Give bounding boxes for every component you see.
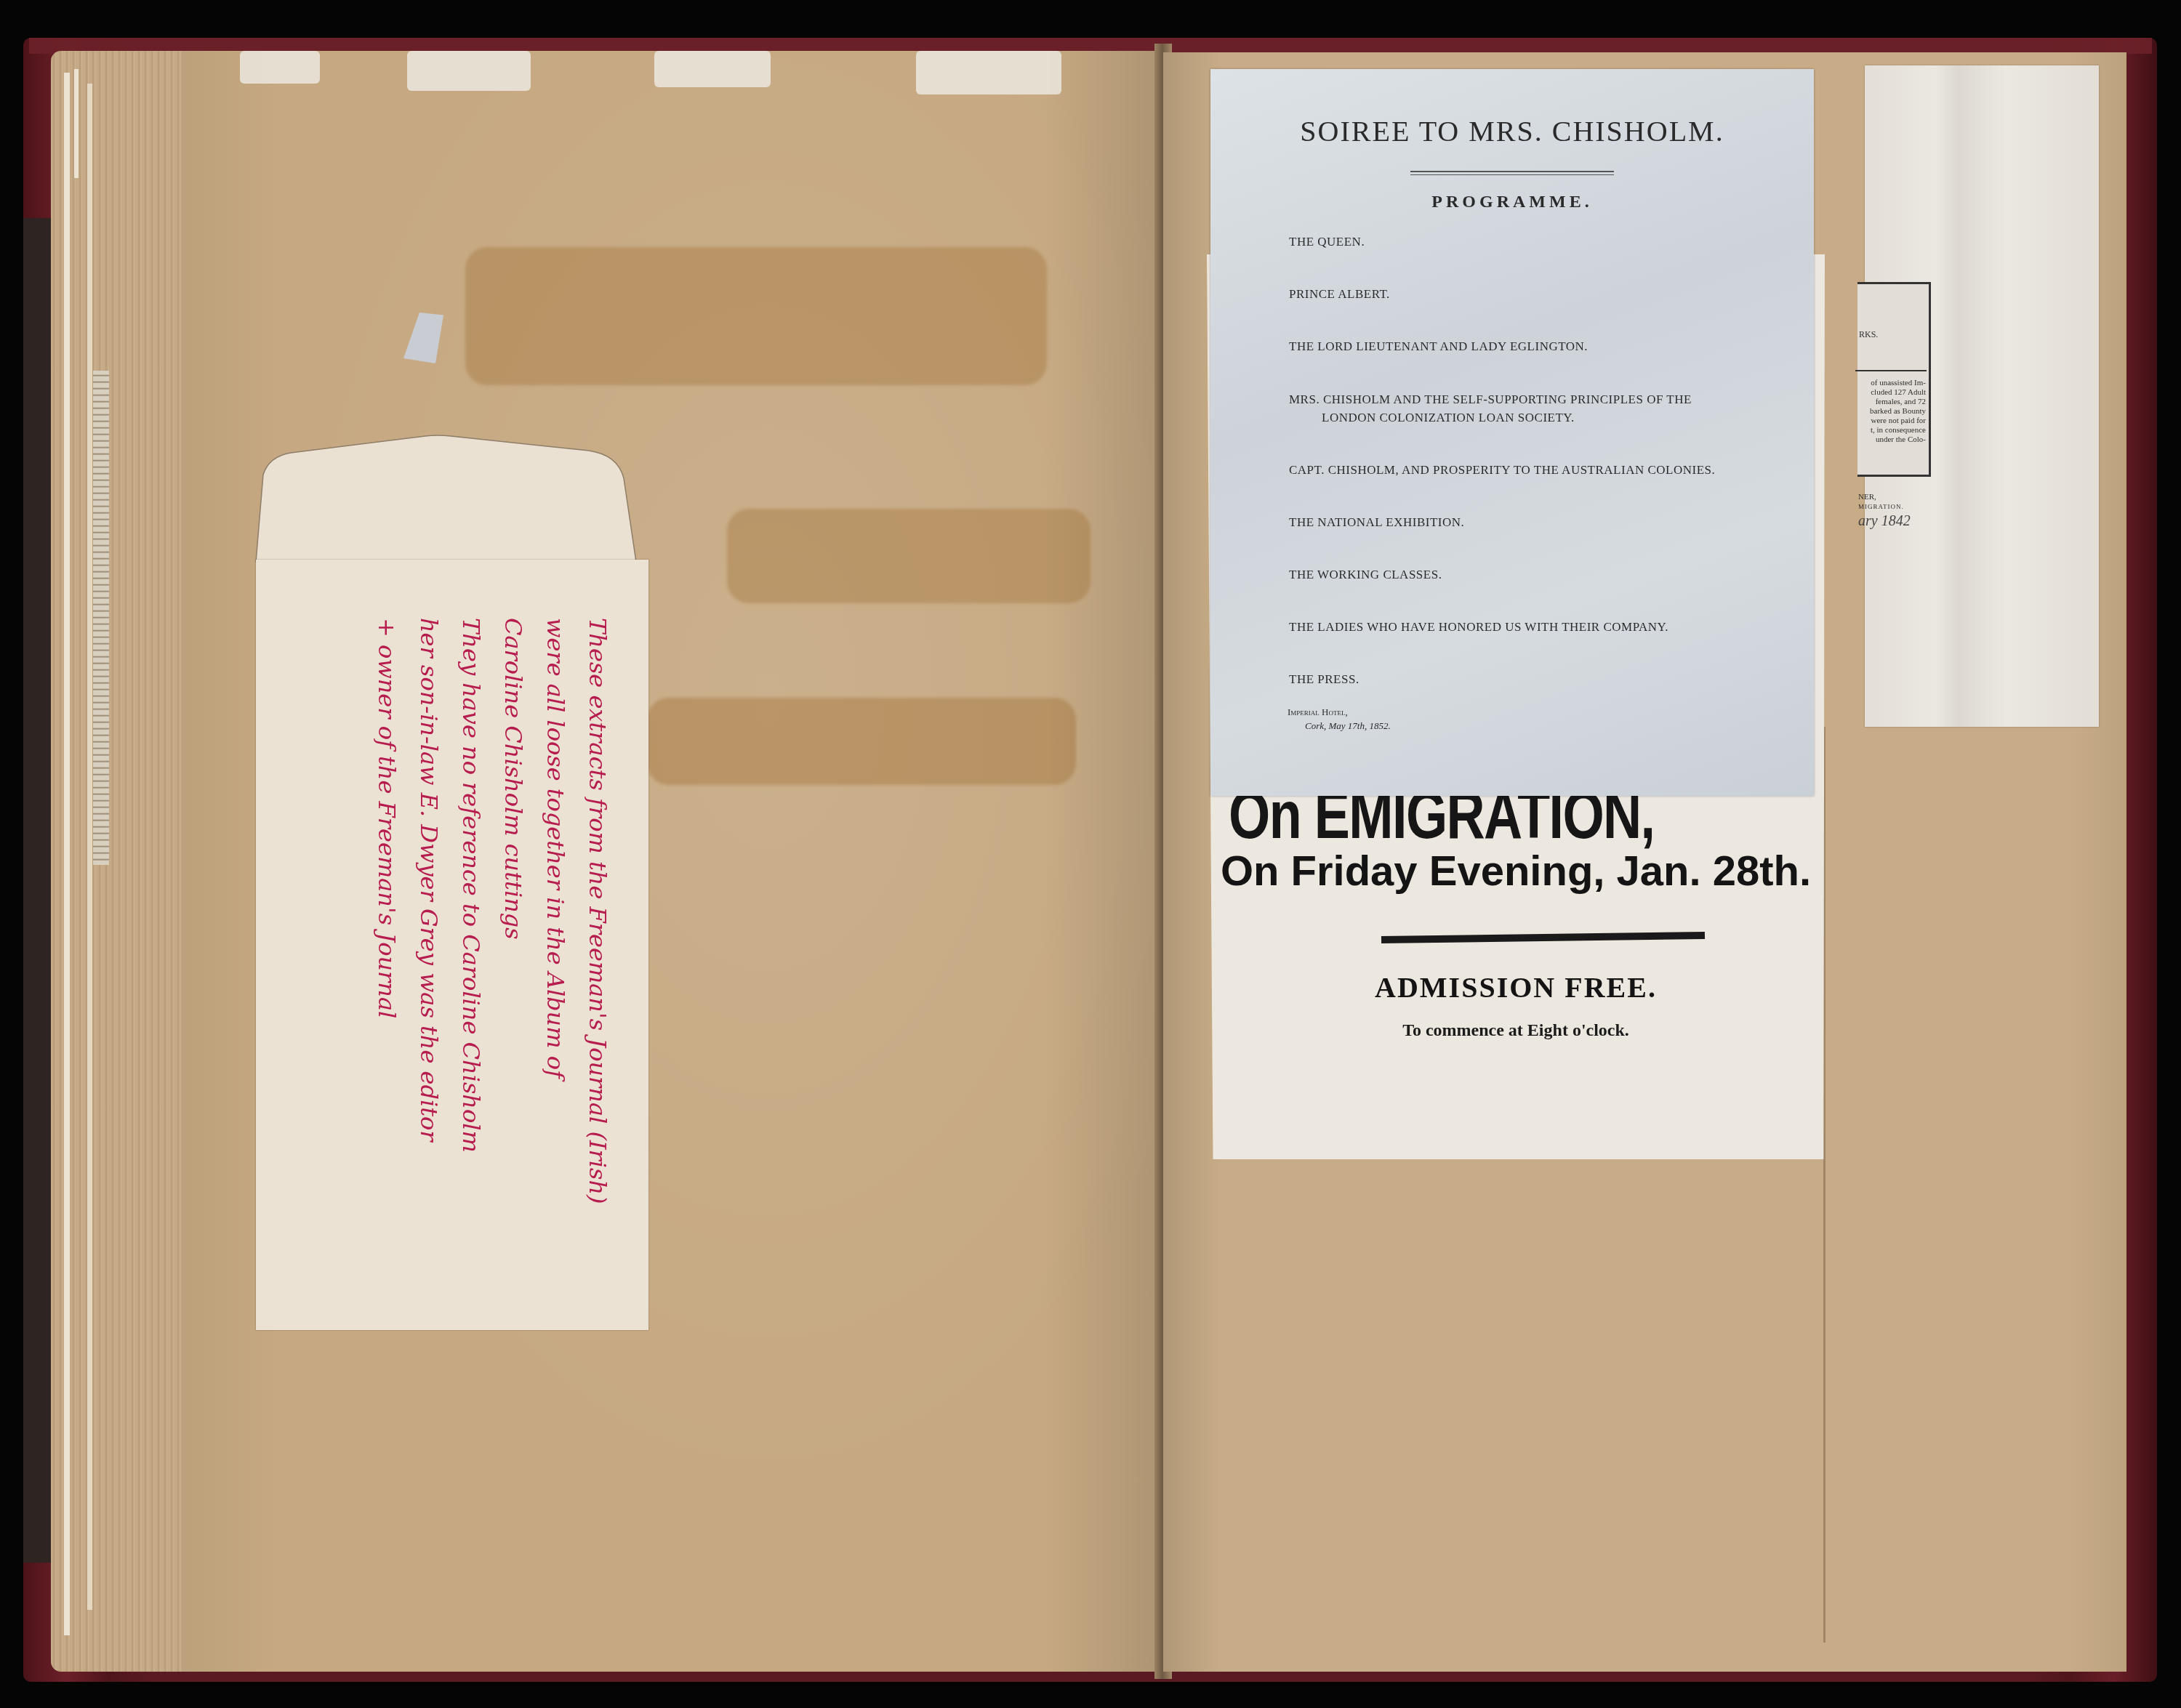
envelope-handwritten-note: These extracts from the Freeman's Journa…: [287, 596, 629, 1308]
programme-item: PRINCE ALBERT.: [1289, 287, 1390, 302]
tape-stain: [647, 698, 1076, 785]
clipping-box-divider: [1855, 370, 1927, 371]
note-line: These extracts from the Freeman's Journa…: [577, 618, 619, 1286]
torn-paper-residue: [654, 51, 771, 87]
programme-item: CAPT. CHISHOLM, AND PROSPERITY TO THE AU…: [1289, 463, 1715, 478]
programme-title-rule: [1410, 171, 1614, 175]
programme-item: THE LORD LIEUTENANT AND LADY EGLINGTON.: [1289, 339, 1588, 354]
programme-footer-place: Imperial Hotel,: [1288, 706, 1348, 718]
programme-item: THE NATIONAL EXHIBITION.: [1289, 515, 1464, 530]
programme-footer-date: Cork, May 17th, 1852.: [1305, 720, 1391, 732]
programme-item: THE QUEEN.: [1289, 235, 1365, 249]
note-line: her son-in-law E. Dwyer Grey was the edi…: [408, 618, 450, 1286]
note-line: Caroline Chisholm cuttings: [492, 618, 534, 1286]
poster-rule: [1381, 932, 1705, 943]
note-line: They have no reference to Caroline Chish…: [450, 618, 492, 1286]
clipping-box-text: of unassisted Im- cluded 127 Adult femal…: [1870, 379, 1926, 445]
poster-date-line: On Friday Evening, Jan. 28th.: [1207, 847, 1825, 895]
programme-item: THE LADIES WHO HAVE HONORED US WITH THEI…: [1289, 620, 1668, 635]
programme-title: SOIREE TO MRS. CHISHOLM.: [1210, 114, 1814, 148]
clipping-bordered-box: RKS. of unassisted Im- cluded 127 Adult …: [1857, 282, 1931, 477]
tape-stain: [727, 509, 1090, 603]
poster-admission: ADMISSION FREE.: [1207, 970, 1825, 1004]
programme-item: THE WORKING CLASSES.: [1289, 568, 1442, 582]
clipping-signature: NER,: [1858, 493, 1876, 501]
torn-paper-residue: [240, 51, 320, 84]
clipping-signature-office: MIGRATION.: [1858, 503, 1904, 510]
page-strip: [74, 69, 79, 178]
torn-paper-residue: [407, 51, 531, 91]
programme-heading: PROGRAMME.: [1210, 193, 1814, 212]
cover-cloth-left: [23, 218, 52, 1563]
envelope-flap: [247, 435, 647, 565]
soiree-programme-sheet: SOIREE TO MRS. CHISHOLM. PROGRAMME. THE …: [1210, 69, 1814, 796]
note-line: were all loose together in the Album of: [534, 618, 577, 1286]
clipping-box-label: RKS.: [1859, 329, 1878, 340]
note-line: + owner of the Freeman's Journal: [366, 618, 408, 1286]
page-strip: [87, 84, 92, 1610]
programme-item: THE PRESS.: [1289, 672, 1359, 687]
clipping-handwritten-date: ary 1842: [1858, 513, 1911, 530]
tape-stain: [465, 247, 1047, 385]
page-edge-tabs: [93, 371, 109, 865]
programme-item: MRS. CHISHOLM AND THE SELF-SUPPORTING PR…: [1289, 392, 1692, 425]
page-strip: [64, 73, 70, 1635]
torn-paper-residue: [916, 51, 1061, 94]
poster-time: To commence at Eight o'clock.: [1207, 1021, 1825, 1041]
page-block-fore-edge: [51, 51, 189, 1672]
